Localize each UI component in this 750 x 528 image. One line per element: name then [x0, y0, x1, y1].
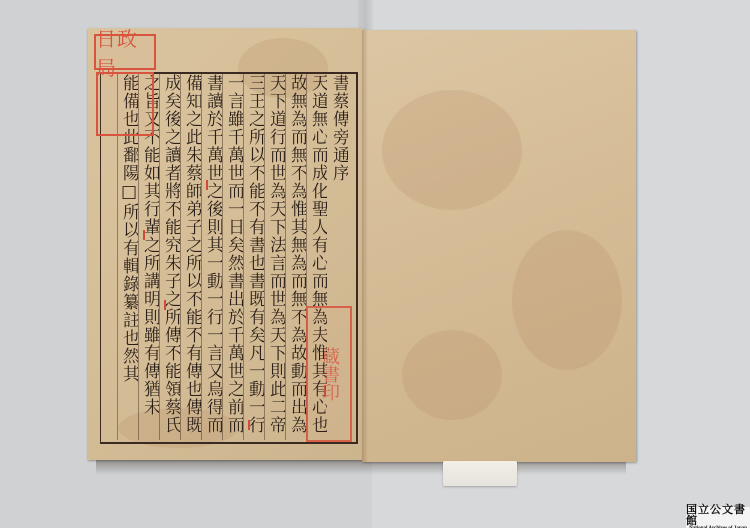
paper-stain: [382, 90, 522, 210]
paper-stain: [402, 330, 502, 420]
red-punctuation-mark: [206, 180, 208, 190]
text-column: 天下道行而世為天下法言而世為天下則此二帝: [267, 74, 285, 440]
seal-stamp-right: 蔵書印: [306, 306, 352, 442]
archive-watermark: 国立公文書館 National Archives of Japan: [686, 507, 750, 528]
seal-stamp-inner: [96, 72, 154, 136]
seal-stamp-top: 日政局: [94, 34, 156, 70]
text-column: 三王之所以不能不有書也書既有矣凡一動一行: [246, 74, 264, 440]
column-rule: [285, 74, 286, 440]
column-rule: [180, 74, 181, 440]
column-rule: [243, 74, 244, 440]
red-punctuation-mark: [248, 420, 250, 430]
paper-stain: [512, 230, 622, 370]
text-column: 故無為而無不為惟其無為而無不為故動而出為: [288, 74, 306, 440]
text-column: 書讀於千萬世之後則其一動一行一言又烏得而: [204, 74, 222, 440]
text-column: 一言雖千萬世而一日矣然書出於千萬世之前而: [225, 74, 243, 440]
red-punctuation-mark: [143, 230, 145, 240]
watermark-japanese: 国立公文書館: [686, 504, 750, 526]
column-rule: [222, 74, 223, 440]
red-punctuation-mark: [164, 300, 166, 310]
text-column: 備知之此朱蔡師弟子之所以不能不有傳也傳既: [183, 74, 201, 440]
column-rule: [264, 74, 265, 440]
column-rule: [159, 74, 160, 440]
text-column: 成矣後之讀者將不能究朱子之所傳不能領蔡氏: [162, 74, 180, 440]
column-rule: [201, 74, 202, 440]
page-fold: [362, 30, 368, 462]
right-page: [362, 30, 636, 462]
paper-label-slip: [443, 461, 517, 486]
